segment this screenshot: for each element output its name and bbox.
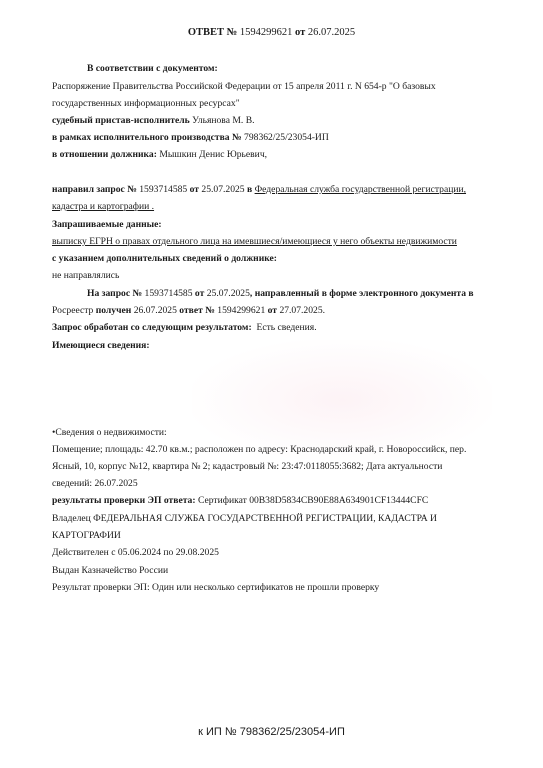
requested-data-label: Запрашиваемые данные: [52,218,162,231]
debtor-row: в отношении должника: Мышкин Денис Юрьев… [52,148,267,161]
bailiff-name: Ульянова М. В. [192,115,254,126]
response-row1: На запрос № 1593714585 от 25.07.2025, на… [87,287,474,300]
result-row: Запрос обработан со следующим результато… [52,321,317,334]
result-value: Есть сведения. [256,322,316,333]
response-on-request-label: На запрос № [87,288,142,299]
bailiff-label: судебный пристав-исполнитель [52,115,190,126]
debtor-label: в отношении должника: [52,149,157,160]
signature-validity: Действителен с 05.06.2024 по 29.08.2025 [52,546,219,559]
requested-data-value: выписку ЕГРН о правах отдельного лица на… [52,235,457,248]
proceeding-number: 798362/25/23054-ИП [244,132,329,143]
response-answer-from-label: от [268,305,277,316]
response-answer-number: 1594299621 [217,305,265,316]
response-row2: Росреестр получен 26.07.2025 ответ № 159… [52,304,325,317]
response-request-number: 1593714585 [145,288,193,299]
response-received-label: получен [96,305,132,316]
property-line1: Помещение; площадь: 42.70 кв.м.; располо… [52,443,466,456]
response-received-date: 26.07.2025 [134,305,177,316]
property-line2: Ясный, 10, корпус №12, квартира № 2; кад… [52,460,442,473]
property-heading: •Сведения о недвижимости: [52,426,167,439]
answer-label: ОТВЕТ № [188,27,237,38]
response-answer-date: 27.07.2025. [279,305,325,316]
debtor-name: Мышкин Денис Юрьевич, [159,149,267,160]
signature-certificate: Сертификат 00B38D5834CB90E88A634901CF134… [198,495,428,506]
request-date: 25.07.2025 [201,184,244,195]
response-request-date: 25.07.2025 [207,288,250,299]
available-info-label: Имеющиеся сведения: [52,339,150,352]
signature-check-row: результаты проверки ЭП ответа: Сертифика… [52,494,428,507]
document-title: ОТВЕТ № 1594299621 от 26.07.2025 [0,26,543,40]
signature-issuer: Выдан Казначейство России [52,564,168,577]
response-sent-form-label: , направленный в форме электронного доку… [250,288,474,299]
basis-label: В соответствии с документом: [87,62,218,75]
footer-proceeding-reference: к ИП № 798362/25/23054-ИП [0,725,543,739]
answer-number: 1594299621 [240,27,293,38]
basis-document-line1: Распоряжение Правительства Российской Фе… [52,80,436,93]
answer-date: 26.07.2025 [308,27,355,38]
basis-document-line2: государственных информационных ресурсах" [52,97,240,110]
property-line3: сведений: 26.07.2025 [52,477,138,490]
request-to-label: в [247,184,252,195]
additional-info-label: с указанием дополнительных сведений о до… [52,252,277,265]
result-label: Запрос обработан со следующим результато… [52,322,252,333]
response-answer-label: ответ № [179,305,215,316]
signature-check-label: результаты проверки ЭП ответа: [52,495,196,506]
signature-owner-line2: КАРТОГРАФИИ [52,529,121,542]
response-from-label: от [195,288,204,299]
bailiff-row: судебный пристав-исполнитель Ульянова М.… [52,114,255,127]
document-page: ОТВЕТ № 1594299621 от 26.07.2025 В соотв… [0,0,543,768]
signature-result: Результат проверки ЭП: Один или нескольк… [52,581,379,594]
signature-owner-line1: Владелец ФЕДЕРАЛЬНАЯ СЛУЖБА ГОСУДАРСТВЕН… [52,512,437,525]
proceeding-label: в рамках исполнительного производства № [52,132,242,143]
response-agency: Росреестр [52,305,93,316]
stamp-area [192,340,492,460]
request-recipient-line2: кадастра и картографии . [52,200,154,213]
additional-info-value: не направлялись [52,269,119,282]
proceeding-row: в рамках исполнительного производства № … [52,131,329,144]
request-row: направил запрос № 1593714585 от 25.07.20… [52,183,466,196]
request-from-label: от [190,184,199,195]
request-sent-label: направил запрос № [52,184,137,195]
request-recipient-line1: Федеральная служба государственной регис… [255,184,466,195]
answer-from-label: от [295,27,305,38]
request-number: 1593714585 [139,184,187,195]
